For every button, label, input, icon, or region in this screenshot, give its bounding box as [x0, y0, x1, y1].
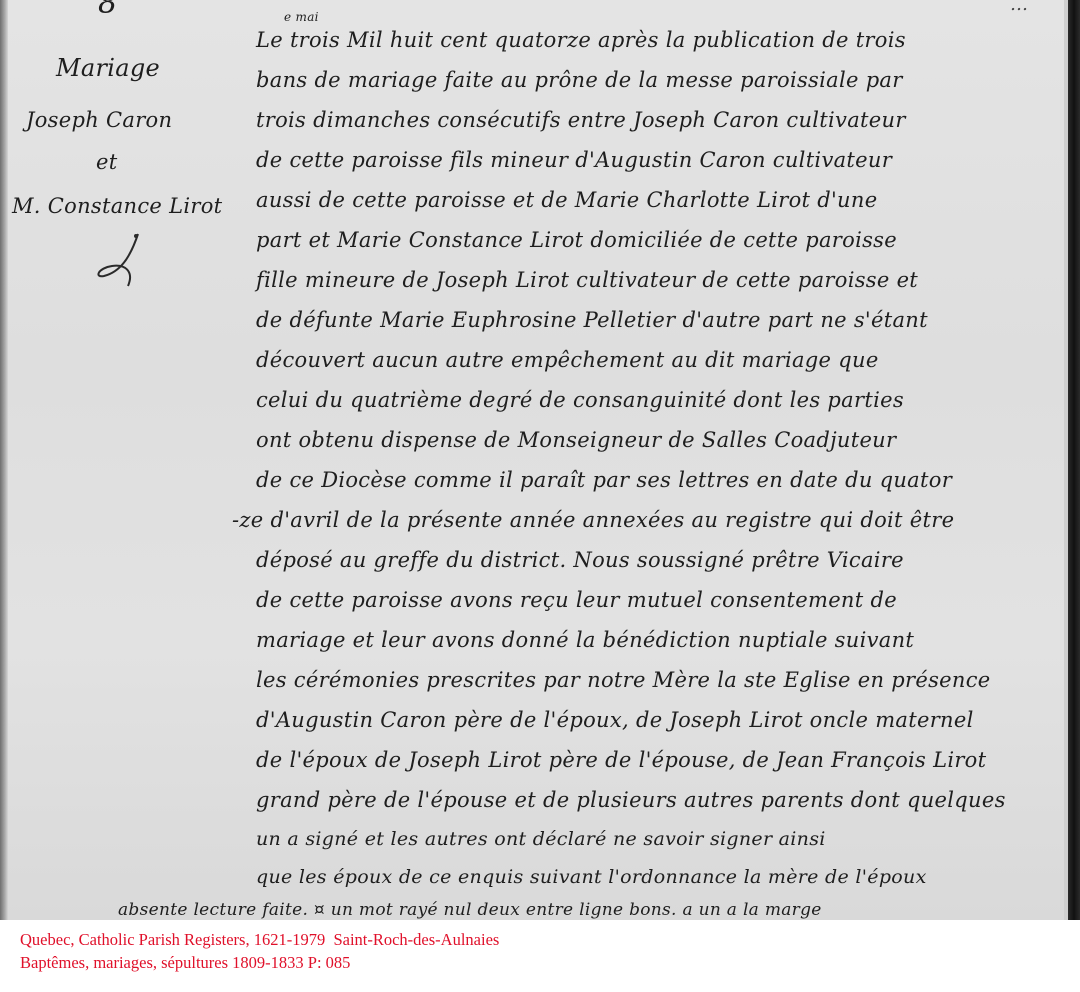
record-line: part et Marie Constance Lirot domiciliée…: [256, 228, 897, 252]
record-line: que les époux de ce enquis suivant l'ord…: [256, 866, 927, 888]
record-line: de défunte Marie Euphrosine Pelletier d'…: [256, 308, 928, 332]
record-line: découvert aucun autre empêchement au dit…: [256, 348, 879, 372]
register-scan: … 8 Mariage Joseph Caron et M. Constance…: [0, 0, 1080, 920]
caption-register: Baptêmes, mariages, sépultures 1809-1833…: [20, 953, 350, 973]
superscript-date: e mai: [284, 10, 319, 24]
record-line: ont obtenu dispense de Monseigneur de Sa…: [256, 428, 896, 452]
record-line: fille mineure de Joseph Lirot cultivateu…: [256, 268, 918, 292]
record-line: de cette paroisse fils mineur d'Augustin…: [256, 148, 892, 172]
record-line: bans de mariage faite au prône de la mes…: [256, 68, 903, 92]
record-line: mariage et leur avons donné la bénédicti…: [256, 628, 914, 652]
folio-mark: …: [1010, 0, 1028, 15]
record-line: trois dimanches consécutifs entre Joseph…: [256, 108, 906, 132]
margin-paraph-icon: [90, 228, 160, 288]
binding-edge: [0, 0, 8, 920]
record-line: absente lecture faite. ¤ un mot rayé nul…: [118, 900, 822, 920]
record-line: un a signé et les autres ont déclaré ne …: [256, 828, 826, 850]
record-line: d'Augustin Caron père de l'époux, de Jos…: [256, 708, 974, 732]
caption-source: Quebec, Catholic Parish Registers, 1621-…: [20, 930, 499, 950]
entry-number: 8: [98, 0, 117, 21]
margin-title: Mariage: [56, 54, 160, 82]
margin-groom: Joseph Caron: [26, 108, 172, 132]
margin-conjunction: et: [96, 150, 117, 174]
record-line: déposé au greffe du district. Nous souss…: [256, 548, 904, 572]
record-line: Le trois Mil huit cent quatorze après la…: [256, 28, 906, 52]
record-line: de cette paroisse avons reçu leur mutuel…: [256, 588, 897, 612]
record-line: celui du quatrième degré de consanguinit…: [256, 388, 904, 412]
margin-bride: M. Constance Lirot: [12, 194, 222, 218]
record-line: -ze d'avril de la présente année annexée…: [232, 508, 954, 532]
record-line: aussi de cette paroisse et de Marie Char…: [256, 188, 877, 212]
page-edge: [1068, 0, 1080, 920]
record-line: grand père de l'épouse et de plusieurs a…: [256, 788, 1006, 812]
record-line: de ce Diocèse comme il paraît par ses le…: [256, 468, 952, 492]
record-line: de l'époux de Joseph Lirot père de l'épo…: [256, 748, 986, 772]
record-line: les cérémonies prescrites par notre Mère…: [256, 668, 991, 692]
